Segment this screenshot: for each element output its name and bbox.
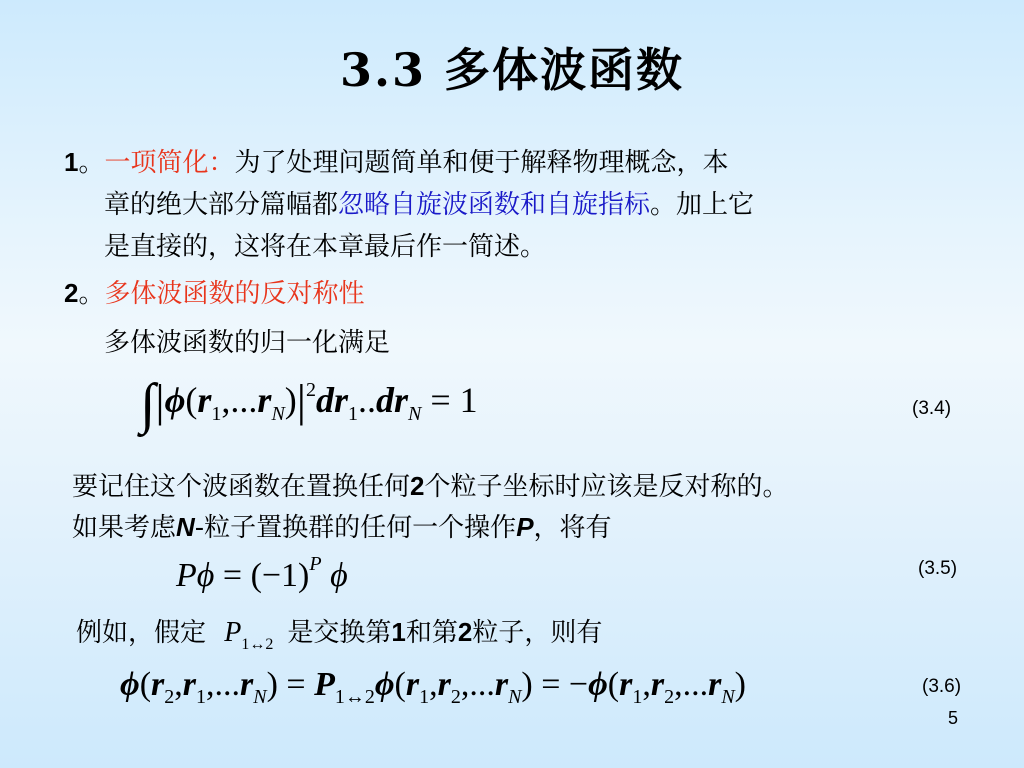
comma: , [642,666,651,703]
text: 如果考虑 [72,513,176,543]
equals-negative: = − [533,666,588,703]
exponent: P [309,553,321,575]
abs-bar: | [155,375,164,426]
text: 例如，假定 [76,618,206,648]
subscript: 1 [211,403,221,425]
var-r: r [394,380,408,420]
sub: N [721,686,734,708]
paren: ) [267,666,278,703]
point2-number: 2 [64,278,78,308]
superscript: 2 [306,379,316,401]
paren: ( [185,380,197,420]
var-r: r [183,666,196,703]
equation-3-5: Pϕ = (−1)P ϕ [176,553,348,595]
text: 要记住这个波函数在置换任何 [72,472,410,502]
sub: 1 [419,686,429,708]
equals: = [214,557,250,594]
text: 个粒子坐标时应该是反对称的。 [424,472,788,502]
comma: , [429,666,438,703]
subscript: 1 [348,403,358,425]
dots: ,... [206,666,240,703]
phi: ϕ [120,666,140,703]
point1-line3: 是直接的，这将在本章最后作一简述。 [104,227,546,267]
phi: ϕ [375,666,395,703]
var-r: r [151,666,164,703]
point1-line1: 1。一项简化：为了处理问题简单和便于解释物理概念，本 [64,142,729,183]
text: ，将有 [534,513,612,543]
paren: ) [521,666,532,703]
var-r: r [406,666,419,703]
var-r: r [619,666,632,703]
paren: ( [140,666,151,703]
equals-one: = 1 [421,380,477,420]
paren: ) [735,666,746,703]
var-r: r [197,380,211,420]
paren: ( [395,666,406,703]
base: (−1) [251,557,310,594]
var-r: r [438,666,451,703]
var-P: P [224,617,241,648]
dots: ,... [221,380,257,420]
var-r: r [257,380,271,420]
number: 1 [391,617,405,647]
dots: ,... [461,666,495,703]
var-N: N [176,512,195,542]
page-number: 5 [948,708,958,729]
equals: = [278,666,314,703]
sub: 1↔2 [335,686,375,708]
text: 粒子，则有 [472,618,602,648]
point1-line2-post: 。加上它 [650,190,754,220]
var-r: r [334,380,348,420]
slide-title: 3.3 多体波函数 [0,34,1024,100]
point2-sep: 。 [78,279,104,309]
equation-3-6: ϕ(r2,r1,...rN) = P1↔2ϕ(r1,r2,...rN) = −ϕ… [120,666,746,709]
var-P: P [516,512,533,542]
point1-highlight: 忽略自旋波函数和自旋指标 [338,190,650,220]
var-r: r [708,666,721,703]
text: -粒子置换群的任何一个操作 [195,513,516,543]
equation-number-3-6: (3.6) [922,676,961,698]
sub: 2 [164,686,174,708]
integral-sign: ∫ [140,373,155,435]
equation-number-3-4: (3.4) [912,398,951,420]
subscript: N [271,403,284,425]
equation-3-4: ∫|ϕ(r1,...rN)|2dr1..drN = 1 [140,372,478,436]
var-r: r [651,666,664,703]
point1-line2: 章的绝大部分篇幅都忽略自旋波函数和自旋指标。加上它 [104,185,754,225]
point1-line2-pre: 章的绝大部分篇幅都 [104,190,338,220]
var-r: r [240,666,253,703]
comma: , [174,666,183,703]
number: 2 [410,471,424,501]
sub: N [508,686,521,708]
sub: 1 [632,686,642,708]
point2-heading: 多体波函数的反对称性 [104,279,364,309]
para3-line: 例如，假定 P1↔2是交换第1和第2粒子，则有 [76,612,602,665]
paren: ( [608,666,619,703]
sub: 1 [196,686,206,708]
var-d: d [316,380,334,420]
point1-sep: 。 [78,148,104,178]
text: 和第 [406,618,458,648]
var-d: d [376,380,394,420]
abs-bar: | [297,375,306,426]
phi-symbol: ϕ [165,380,186,420]
point1-number: 1 [64,147,78,177]
para2-line2: 如果考虑N-粒子置换群的任何一个操作P，将有 [72,507,612,548]
number: 2 [458,617,472,647]
text: 是交换第 [287,618,391,648]
para2-line1: 要记住这个波函数在置换任何2个粒子坐标时应该是反对称的。 [72,466,789,507]
dots: .. [358,380,376,420]
rhs: ϕ [322,557,348,594]
subscript: 1↔2 [241,636,273,653]
dots: ,... [674,666,708,703]
lhs: Pϕ [176,557,214,594]
paren: ) [285,380,297,420]
point2-intro: 多体波函数的归一化满足 [104,323,390,363]
sub: 2 [664,686,674,708]
point2-line: 2。多体波函数的反对称性 [64,273,365,314]
permutation-operator: P1↔2 [224,617,273,648]
phi: ϕ [588,666,608,703]
subscript: N [408,403,421,425]
point1-heading: 一项简化： [104,148,234,178]
point1-text: 为了处理问题简单和便于解释物理概念，本 [235,148,729,178]
sub: N [253,686,266,708]
sub: 2 [451,686,461,708]
var-P: P [314,666,335,703]
var-r: r [495,666,508,703]
equation-number-3-5: (3.5) [918,558,957,580]
